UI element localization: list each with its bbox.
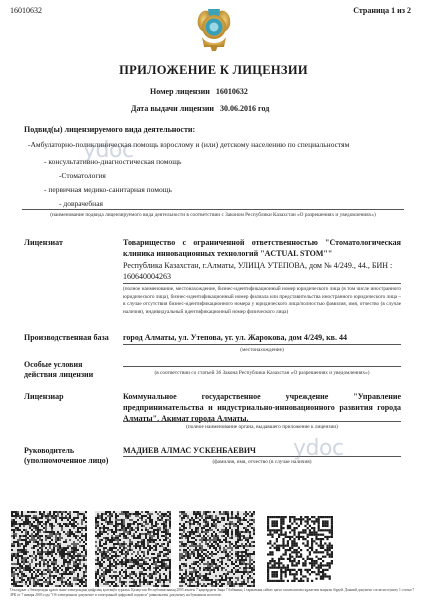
license-number-label: Номер лицензии	[150, 87, 210, 96]
watermark: ydoc	[293, 436, 344, 461]
license-number-value: 16010632	[216, 87, 248, 96]
production-base-label: Производственная база	[24, 333, 109, 343]
licensor-note: (полное наименование органа, выдавшего п…	[123, 424, 401, 431]
licensee-name: Товарищество с ограниченной ответственно…	[123, 238, 401, 260]
2d-barcode-icon	[179, 511, 255, 587]
divider	[123, 456, 401, 457]
bullet: -	[59, 199, 62, 208]
activity-item: - доврачебная	[59, 199, 103, 208]
licensee-label: Лицензиат	[24, 238, 63, 248]
2d-barcode-icon	[95, 511, 171, 587]
activity-text: Стоматология	[62, 171, 106, 180]
divider	[123, 421, 401, 422]
page-indicator: Страница 1 из 2	[353, 6, 411, 15]
bullet: -	[44, 157, 47, 166]
activity-item: -Стоматология	[59, 171, 106, 180]
activity-text: Амбулаторно-поликлиническая помощь взрос…	[31, 140, 350, 149]
production-base-value: город Алматы, ул. Утепова, уг. ул. Жарок…	[123, 333, 401, 344]
qr-code-icon	[267, 516, 333, 582]
activities-heading: Подвид(ы) лицензируемого вида деятельнос…	[24, 125, 195, 134]
divider	[123, 283, 401, 284]
license-number-row: Номер лицензии 16010632	[150, 87, 248, 96]
activity-item: -Амбулаторно-поликлиническая помощь взро…	[28, 140, 349, 149]
label-line: Особые условия	[24, 360, 93, 370]
head-label: Руководитель (уполномоченное лицо)	[24, 446, 108, 467]
production-base-note: (местонахождение)	[123, 347, 401, 354]
watermark: ydoc	[83, 138, 134, 163]
licensee-note: (полное наименование, местонахождение, б…	[123, 286, 401, 316]
head-note: (фамилия, имя, отчество (в случае наличи…	[123, 459, 401, 466]
activity-text: первичная медико-санитарная помощь	[48, 185, 172, 194]
activities-note: (наименование подвида лицензируемого вид…	[22, 212, 404, 219]
special-conditions-note: (в соответствии со статьей 36 Закона Рес…	[123, 370, 401, 377]
label-line: Руководитель	[24, 446, 108, 456]
label-line: (уполномоченное лицо)	[24, 456, 108, 466]
license-date-label: Дата выдачи лицензии	[131, 104, 214, 113]
document-number: 16010632	[10, 6, 42, 15]
license-date-value: 30.06.2016 год	[220, 104, 269, 113]
licensor-value: Коммунальное государственное учреждение …	[123, 392, 401, 424]
2d-barcode-icon	[11, 511, 87, 587]
divider	[123, 344, 401, 345]
document-title: ПРИЛОЖЕНИЕ К ЛИЦЕНЗИИ	[0, 63, 427, 78]
activity-item: - первичная медико-санитарная помощь	[44, 185, 172, 194]
license-date-row: Дата выдачи лицензии 30.06.2016 год	[131, 104, 269, 113]
bullet: -	[44, 185, 47, 194]
divider	[123, 366, 401, 367]
special-conditions-label: Особые условия действия лицензии	[24, 360, 93, 381]
divider	[22, 209, 404, 210]
kazakhstan-coat-of-arms-icon	[194, 3, 234, 55]
footer-legal-text: Осы құжат «Электронды құжат және электро…	[10, 588, 420, 598]
licensee-address: Республика Казахстан, г.Алматы, УЛИЦА УТ…	[123, 261, 401, 283]
licensor-label: Лицензиар	[24, 392, 64, 402]
activity-text: доврачебная	[63, 199, 103, 208]
label-line: действия лицензии	[24, 370, 93, 380]
